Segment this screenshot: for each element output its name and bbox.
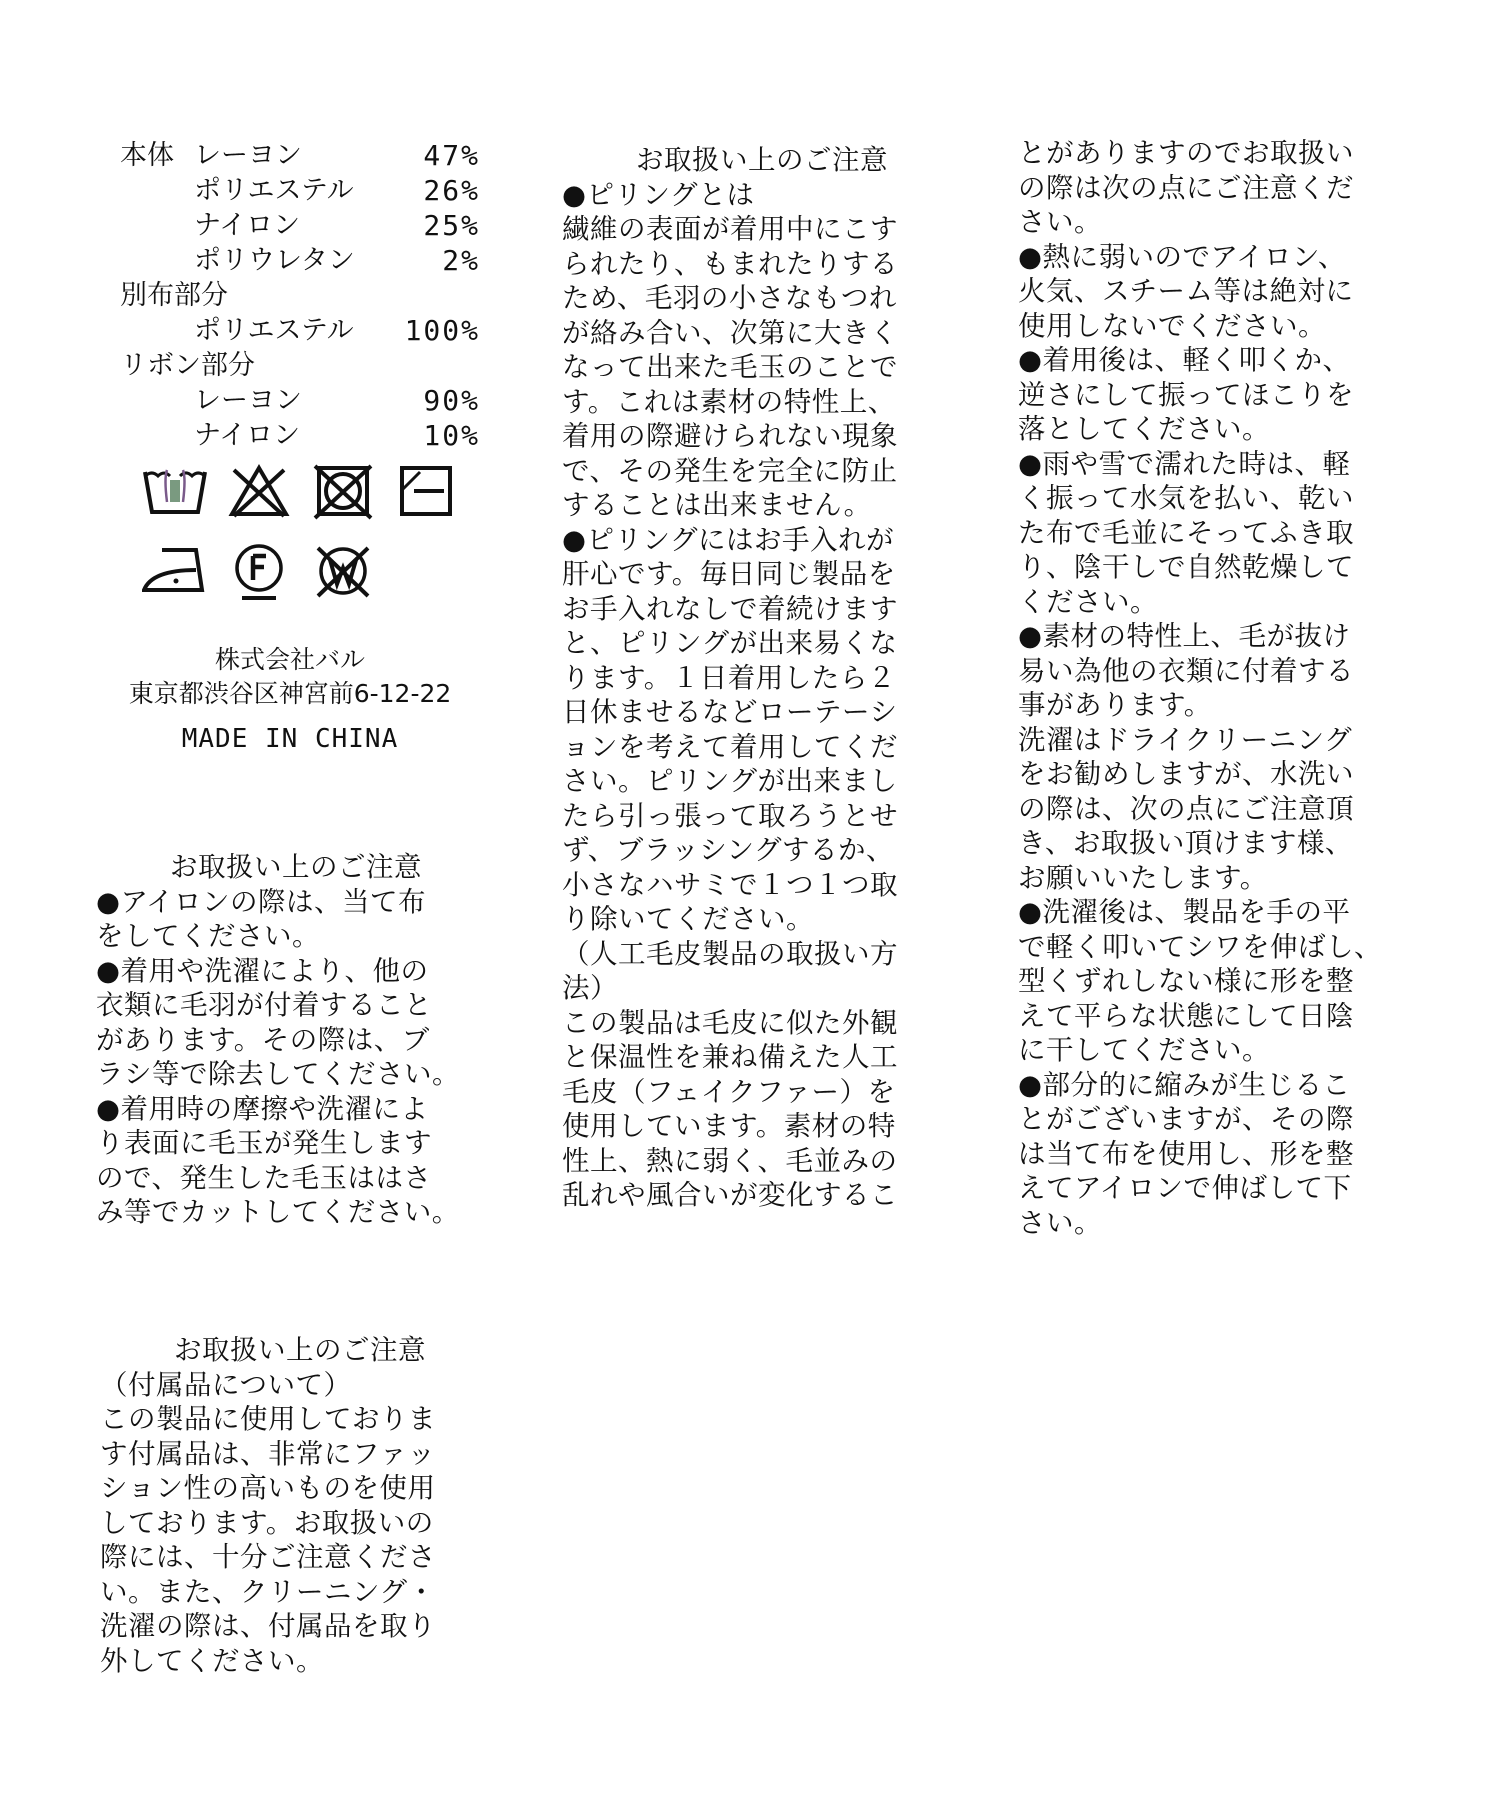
notice-line: があります。その際は、ブ bbox=[96, 1023, 496, 1058]
composition-row: リボン部分 bbox=[120, 348, 480, 383]
material-percent: 100% bbox=[405, 313, 480, 348]
iron-low-temp-icon bbox=[142, 542, 208, 600]
notice-line: この製品に使用しておりま bbox=[100, 1402, 500, 1437]
notice-line: られたり、もまれたりする bbox=[562, 247, 962, 282]
composition-row: ナイロン25% bbox=[120, 208, 480, 243]
notice-line: 乱れや風合いが変化するこ bbox=[562, 1178, 962, 1213]
notice-line: す付属品は、非常にファッ bbox=[100, 1437, 500, 1472]
notice-line: （人工毛皮製品の取扱い方 bbox=[562, 937, 962, 972]
material-name: ポリウレタン bbox=[194, 243, 355, 278]
section-title: お取扱い上のご注意 bbox=[562, 143, 962, 178]
notice-line: 毛皮（フェイクファー）を bbox=[562, 1075, 962, 1110]
notice-line: とがございますが、その際 bbox=[1018, 1102, 1438, 1137]
notice-line: ●素材の特性上、毛が抜け bbox=[1018, 619, 1438, 654]
composition-row: 別布部分 bbox=[120, 278, 480, 313]
material-name: ナイロン bbox=[194, 208, 300, 243]
dry-clean-f-icon bbox=[226, 542, 292, 600]
country-of-origin: MADE IN CHINA bbox=[90, 724, 490, 754]
notice-line: ラシ等で除去してください。 bbox=[96, 1057, 496, 1092]
notice-line: で、その発生を完全に防止 bbox=[562, 454, 962, 489]
notice-line: 衣類に毛羽が付着すること bbox=[96, 988, 496, 1023]
no-bleach-icon bbox=[226, 462, 292, 520]
care-symbols-row-1 bbox=[142, 462, 482, 520]
material-name: ナイロン bbox=[194, 418, 300, 453]
composition-table: 本体レーヨン47% ポリエステル26% ナイロン25% ポリウレタン2% 別布部… bbox=[120, 138, 480, 453]
material-percent: 10% bbox=[423, 418, 480, 453]
notice-line: とがありますのでお取扱い bbox=[1018, 136, 1438, 171]
notice-line: 洗濯の際は、付属品を取り bbox=[100, 1609, 500, 1644]
notice-line: ため、毛羽の小さなもつれ bbox=[562, 281, 962, 316]
material-name: レーヨン bbox=[194, 138, 302, 173]
notice-line: ●雨や雪で濡れた時は、軽 bbox=[1018, 447, 1438, 482]
part-label: 別布部分 bbox=[120, 278, 228, 313]
material-percent: 47% bbox=[423, 138, 480, 173]
notice-line: り表面に毛玉が発生します bbox=[96, 1126, 496, 1161]
notice-line: り除いてください。 bbox=[562, 902, 962, 937]
notice-line: をお勧めしますが、水洗い bbox=[1018, 757, 1438, 792]
section-subtitle: （付属品について） bbox=[100, 1368, 500, 1403]
material-percent: 25% bbox=[423, 208, 480, 243]
notice-line: なって出来た毛玉のことで bbox=[562, 350, 962, 385]
care-notice-pilling: お取扱い上のご注意 ●ピリングとは 繊維の表面が着用中にこす られたり、もまれた… bbox=[562, 143, 962, 1213]
company-address: 東京都渋谷区神宮前6-12-22 bbox=[90, 677, 490, 711]
notice-line: に干してください。 bbox=[1018, 1033, 1438, 1068]
section-title: お取扱い上のご注意 bbox=[96, 850, 496, 885]
notice-line: 日休ませるなどローテーシ bbox=[562, 695, 962, 730]
notice-line: き、お取扱い頂けます様、 bbox=[1018, 826, 1438, 861]
care-symbols bbox=[142, 462, 482, 622]
notice-line: 外してください。 bbox=[100, 1644, 500, 1679]
maker-info: 株式会社バル 東京都渋谷区神宮前6-12-22 bbox=[90, 643, 490, 711]
notice-line: 易い為他の衣類に付着する bbox=[1018, 654, 1438, 689]
notice-line: ず、ブラッシングするか、 bbox=[562, 833, 962, 868]
notice-line: お願いいたします。 bbox=[1018, 861, 1438, 896]
composition-row: ポリエステル100% bbox=[120, 313, 480, 348]
composition-row: ポリエステル26% bbox=[120, 173, 480, 208]
notice-line: く振って水気を払い、乾い bbox=[1018, 481, 1438, 516]
notice-line: で軽く叩いてシワを伸ばし、 bbox=[1018, 930, 1438, 965]
care-notice-accessories: お取扱い上のご注意 （付属品について） この製品に使用しておりま す付属品は、非… bbox=[100, 1333, 500, 1678]
composition-row: 本体レーヨン47% bbox=[120, 138, 480, 173]
notice-line: 性上、熱に弱く、毛並みの bbox=[562, 1144, 962, 1179]
notice-line: さい。 bbox=[1018, 205, 1438, 240]
notice-line: ョンを考えて着用してくだ bbox=[562, 730, 962, 765]
notice-line: 小さなハサミで１つ１つ取 bbox=[562, 868, 962, 903]
notice-line: す。これは素材の特性上、 bbox=[562, 385, 962, 420]
material-percent: 2% bbox=[442, 243, 480, 278]
material-percent: 90% bbox=[423, 383, 480, 418]
notice-line: ●ピリングにはお手入れが bbox=[562, 523, 962, 558]
notice-line: ります。１日着用したら２ bbox=[562, 661, 962, 696]
company-name: 株式会社バル bbox=[90, 643, 490, 677]
notice-line: の際は次の点にご注意くだ bbox=[1018, 171, 1438, 206]
notice-line: 火気、スチーム等は絶対に bbox=[1018, 274, 1438, 309]
notice-line: この製品は毛皮に似た外観 bbox=[562, 1006, 962, 1041]
section-title: お取扱い上のご注意 bbox=[100, 1333, 500, 1368]
material-percent: 26% bbox=[423, 173, 480, 208]
notice-line: い。また、クリーニング・ bbox=[100, 1575, 500, 1610]
notice-line: 事があります。 bbox=[1018, 688, 1438, 723]
material-name: レーヨン bbox=[194, 383, 302, 418]
line-dry-shade-icon bbox=[394, 462, 460, 520]
material-name: ポリエステル bbox=[194, 313, 354, 348]
hand-wash-tub-icon bbox=[142, 462, 208, 520]
notice-line: 法） bbox=[562, 971, 962, 1006]
notice-line: ●着用時の摩擦や洗濯によ bbox=[96, 1092, 496, 1127]
composition-row: レーヨン90% bbox=[120, 383, 480, 418]
care-symbols-row-2 bbox=[142, 542, 482, 600]
care-notice-section-1: お取扱い上のご注意 ●アイロンの際は、当て布 をしてください。 ●着用や洗濯によ… bbox=[96, 850, 496, 1230]
notice-line: 際には、十分ご注意くださ bbox=[100, 1540, 500, 1575]
notice-line: さい。 bbox=[1018, 1206, 1438, 1241]
notice-line: ください。 bbox=[1018, 585, 1438, 620]
material-name: ポリエステル bbox=[194, 173, 354, 208]
notice-line: 使用しています。素材の特 bbox=[562, 1109, 962, 1144]
notice-line: お手入れなしで着続けます bbox=[562, 592, 962, 627]
notice-line: た布で毛並にそってふき取 bbox=[1018, 516, 1438, 551]
notice-line: は当て布を使用し、形を整 bbox=[1018, 1137, 1438, 1172]
notice-line: 着用の際避けられない現象 bbox=[562, 419, 962, 454]
notice-line: えて平らな状態にして日陰 bbox=[1018, 999, 1438, 1034]
notice-line: ●アイロンの際は、当て布 bbox=[96, 885, 496, 920]
notice-line: さい。ピリングが出来まし bbox=[562, 764, 962, 799]
notice-line: をしてください。 bbox=[96, 919, 496, 954]
notice-line: ●熱に弱いのでアイロン、 bbox=[1018, 240, 1438, 275]
notice-line: 逆さにして振ってほこりを bbox=[1018, 378, 1438, 413]
notice-line: と、ピリングが出来易くな bbox=[562, 626, 962, 661]
part-label: リボン部分 bbox=[120, 348, 255, 383]
composition-row: ナイロン10% bbox=[120, 418, 480, 453]
part-label: 本体 bbox=[120, 138, 174, 173]
notice-line: 洗濯はドライクリーニング bbox=[1018, 723, 1438, 758]
notice-line: ション性の高いものを使用 bbox=[100, 1471, 500, 1506]
notice-line: ので、発生した毛玉ははさ bbox=[96, 1161, 496, 1196]
notice-line: することは出来ません。 bbox=[562, 488, 962, 523]
notice-line: ●ピリングとは bbox=[562, 178, 962, 213]
notice-line: たら引っ張って取ろうとせ bbox=[562, 799, 962, 834]
notice-line: り、陰干しで自然乾燥して bbox=[1018, 550, 1438, 585]
notice-line: 使用しないでください。 bbox=[1018, 309, 1438, 344]
no-wet-clean-icon bbox=[310, 542, 376, 600]
no-tumble-dry-icon bbox=[310, 462, 376, 520]
composition-row: ポリウレタン2% bbox=[120, 243, 480, 278]
notice-line: 型くずれしない様に形を整 bbox=[1018, 964, 1438, 999]
notice-line: 繊維の表面が着用中にこす bbox=[562, 212, 962, 247]
notice-line: が絡み合い、次第に大きく bbox=[562, 316, 962, 351]
notice-line: 落としてください。 bbox=[1018, 412, 1438, 447]
notice-line: しております。お取扱いの bbox=[100, 1506, 500, 1541]
notice-line: ●部分的に縮みが生じるこ bbox=[1018, 1068, 1438, 1103]
notice-line: ●着用後は、軽く叩くか、 bbox=[1018, 343, 1438, 378]
notice-line: 肝心です。毎日同じ製品を bbox=[562, 557, 962, 592]
notice-line: み等でカットしてください。 bbox=[96, 1195, 496, 1230]
notice-line: ●洗濯後は、製品を手の平 bbox=[1018, 895, 1438, 930]
notice-line: えてアイロンで伸ばして下 bbox=[1018, 1171, 1438, 1206]
notice-line: の際は、次の点にご注意頂 bbox=[1018, 792, 1438, 827]
notice-line: と保温性を兼ね備えた人工 bbox=[562, 1040, 962, 1075]
care-notice-fake-fur: とがありますのでお取扱い の際は次の点にご注意くだ さい。 ●熱に弱いのでアイロ… bbox=[1018, 136, 1438, 1240]
notice-line: ●着用や洗濯により、他の bbox=[96, 954, 496, 989]
